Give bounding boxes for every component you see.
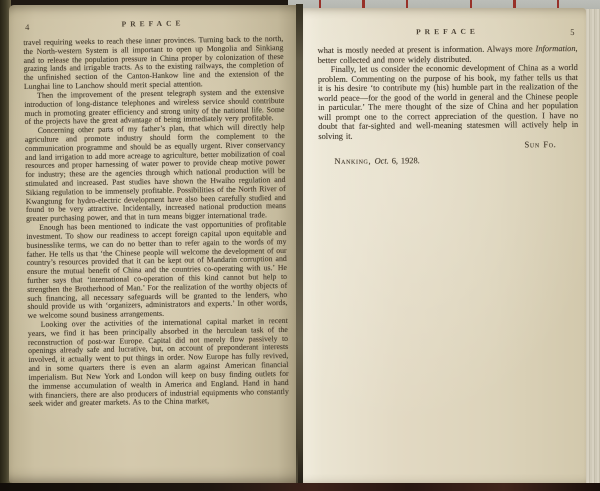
text-segment: Nanking, [334, 156, 374, 165]
text-segment: Sun Fo. [524, 139, 556, 149]
text-segment: Looking over the activities of the inter… [28, 316, 289, 408]
text-segment: Oct. [375, 156, 389, 165]
text-segment: what is mostly needed at present is info… [318, 44, 536, 55]
paragraph: Looking over the activities of the inter… [28, 317, 289, 409]
page-number: 4 [25, 22, 29, 32]
left-page-content: 4 PREFACE travel requiring weeks to reac… [23, 17, 289, 409]
text-segment: Concerning other parts of my father’s pl… [25, 122, 286, 223]
paragraph: Enough has been mentioned to indicate th… [26, 220, 287, 321]
bottom-shadow [0, 483, 600, 491]
right-page-content: 5 PREFACE what is mostly needed at prese… [317, 26, 578, 166]
text-segment: 6, 1928. [389, 156, 420, 165]
left-head-row: 4 PREFACE [23, 17, 283, 32]
page-text: what is mostly needed at present is info… [318, 44, 579, 166]
signature: Sun Fo. [318, 140, 578, 152]
right-page: 5 PREFACE what is mostly needed at prese… [303, 8, 586, 486]
left-page: 4 PREFACE travel requiring weeks to reac… [9, 5, 298, 483]
text-segment: Enough has been mentioned to indicate th… [26, 219, 287, 320]
right-head-row: 5 PREFACE [317, 26, 577, 39]
running-head: PREFACE [23, 17, 283, 30]
spine-gutter [296, 4, 303, 486]
paragraph: what is mostly needed at present is info… [318, 44, 578, 65]
paragraph: Finally, let us consider the economic de… [318, 63, 579, 141]
text-segment: travel requiring weeks to reach these in… [23, 34, 284, 91]
paragraph: Concerning other parts of my father’s pl… [25, 123, 286, 224]
book-spread-photo: 4 PREFACE travel requiring weeks to reac… [0, 0, 600, 491]
dateline: Nanking, Oct. 6, 1928. [318, 154, 578, 166]
page-number: 5 [570, 27, 574, 37]
text-segment: Finally, let us consider the economic de… [318, 63, 578, 141]
running-head: PREFACE [317, 26, 577, 37]
text-segment: Information [535, 44, 575, 53]
text-segment: Then the improvement of the present tele… [24, 87, 284, 127]
paragraph: travel requiring weeks to reach these in… [23, 35, 284, 92]
page-text: travel requiring weeks to reach these in… [23, 35, 289, 409]
paragraph: Then the improvement of the present tele… [24, 88, 285, 127]
